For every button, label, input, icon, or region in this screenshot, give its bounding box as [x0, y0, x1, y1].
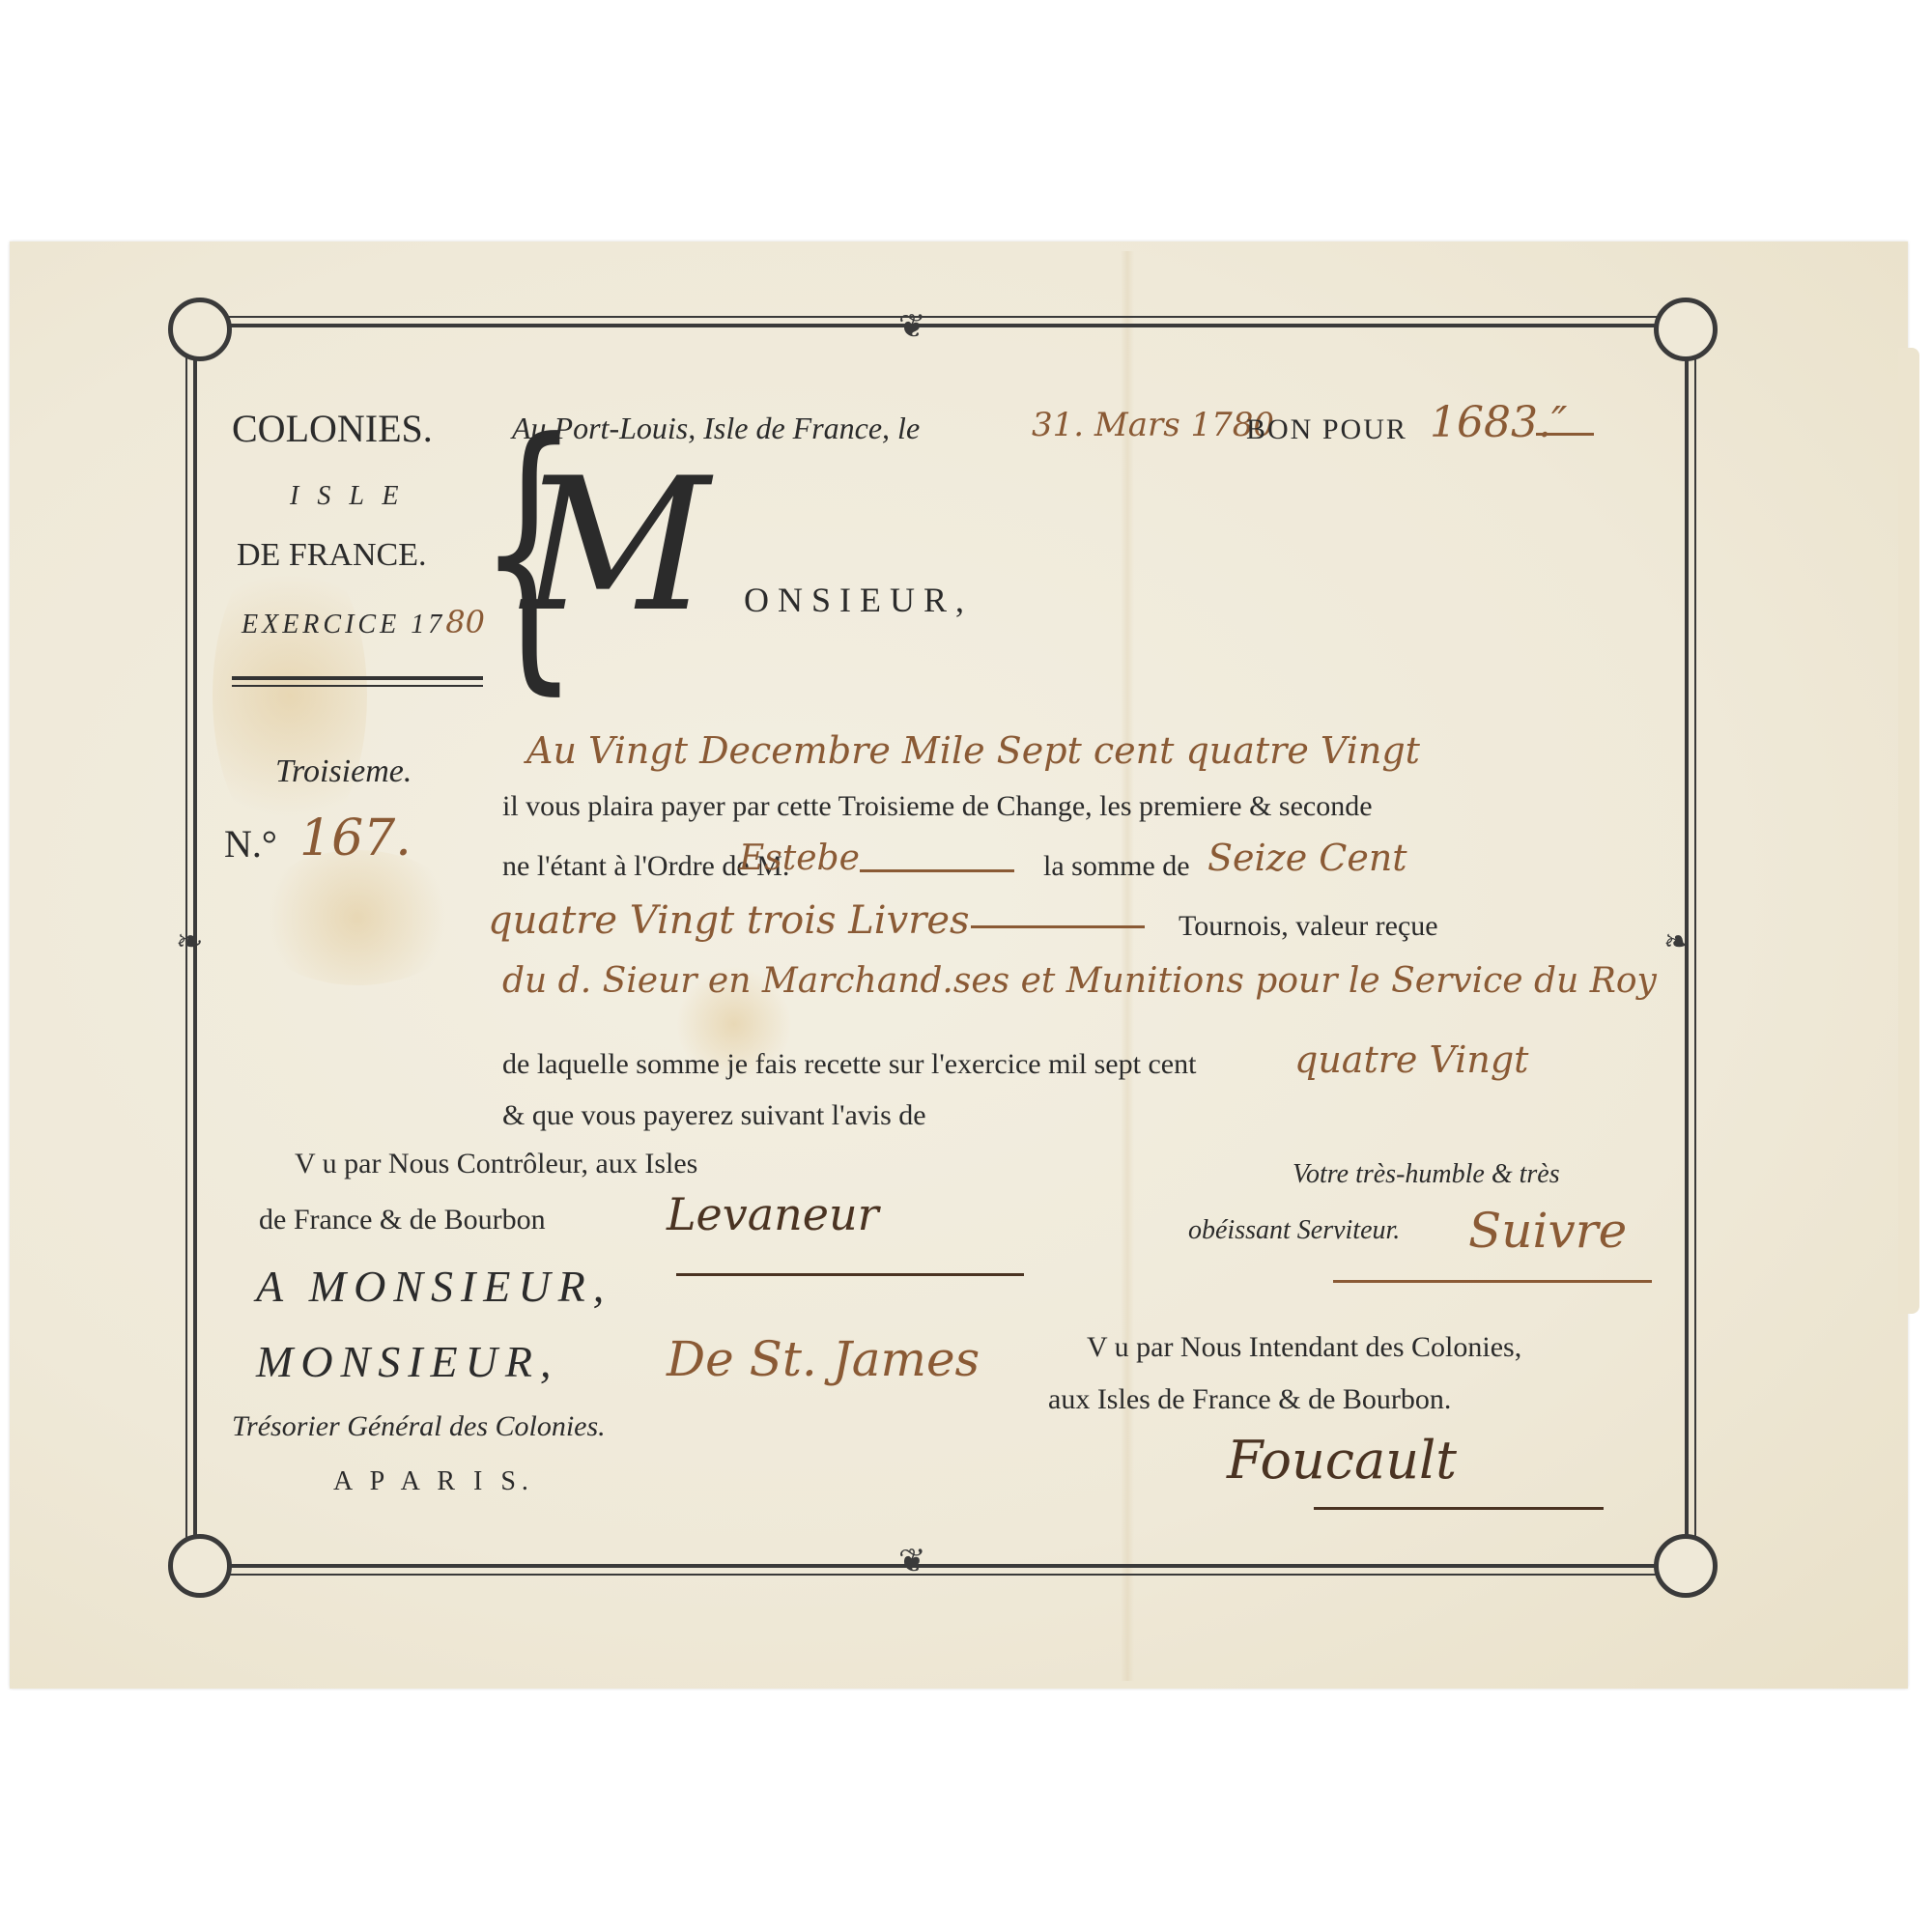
- exercice-label: EXERCICE 1780: [241, 604, 485, 640]
- payee-underline: [860, 869, 1014, 872]
- salutation-monsieur: ONSIEUR,: [744, 580, 973, 620]
- addressee-line-2: MONSIEUR,: [256, 1336, 558, 1387]
- corner-scroll-ornament: [1654, 1534, 1718, 1598]
- controleur-line-1: V u par Nous Contrôleur, aux Isles: [295, 1148, 697, 1180]
- corner-scroll-ornament: [168, 1534, 232, 1598]
- handwritten-due-date: Au Vingt Decembre Mile Sept cent quatre …: [526, 729, 1420, 772]
- corner-scroll-ornament: [168, 298, 232, 361]
- addressee-line-1: A MONSIEUR,: [256, 1261, 611, 1312]
- body-line-somme: la somme de: [1043, 850, 1190, 883]
- addressee-city: A P A R I S.: [333, 1466, 534, 1497]
- body-line-recette: de laquelle somme je fais recette sur l'…: [502, 1048, 1196, 1081]
- intendant-signature-underline: [1314, 1507, 1604, 1510]
- body-line-payer: il vous plaira payer par cette Troisieme…: [502, 790, 1373, 823]
- intendant-line-2: aux Isles de France & de Bourbon.: [1048, 1383, 1451, 1416]
- addressee-title: Trésorier Général des Colonies.: [232, 1410, 606, 1443]
- body-line-avis: & que vous payerez suivant l'avis de: [502, 1099, 926, 1132]
- handwritten-serial-number: 167.: [299, 810, 412, 867]
- paper-torn-edge: [1898, 348, 1919, 1314]
- handwritten-value-received: du d. Sieur en Marchand.ses et Munitions…: [502, 961, 1657, 1001]
- closing-line-1: Votre très-humble & très: [1293, 1159, 1560, 1190]
- handwritten-addressee-name: De St. James: [667, 1331, 980, 1387]
- bottom-center-scroll-ornament: ❦: [898, 1542, 926, 1580]
- intendant-line-1: V u par Nous Intendant des Colonies,: [1087, 1331, 1521, 1364]
- series-label: Troisieme.: [275, 753, 412, 790]
- handwritten-amount-words-1: Seize Cent: [1207, 837, 1407, 879]
- handwritten-date: 31. Mars 1780: [1032, 406, 1274, 444]
- left-side-scroll-ornament: ❧: [176, 923, 204, 961]
- de-france-heading: DE FRANCE.: [237, 537, 426, 574]
- handwritten-payee: Estebe: [739, 838, 860, 878]
- closing-line-2: obéissant Serviteur.: [1188, 1215, 1400, 1246]
- closing-signature: Suivre: [1468, 1203, 1627, 1259]
- exercice-label-text: EXERCICE 17: [241, 610, 445, 639]
- header-box-rule: [232, 676, 483, 687]
- number-label: N.°: [224, 821, 277, 867]
- controleur-signature-flourish: [676, 1273, 1024, 1276]
- controleur-signature: Levaneur: [667, 1188, 879, 1240]
- amount-words-underline: [971, 925, 1145, 928]
- handwritten-amount-words-2: quatre Vingt trois Livres: [488, 898, 970, 943]
- top-center-scroll-ornament: ❦: [898, 307, 926, 346]
- bon-pour-label: BON POUR: [1246, 413, 1407, 446]
- intendant-signature: Foucault: [1227, 1430, 1457, 1491]
- handwritten-amount-figures: 1683.″: [1430, 398, 1567, 447]
- body-line-tournois: Tournois, valeur reçue: [1179, 910, 1438, 943]
- controleur-line-2: de France & de Bourbon: [259, 1204, 546, 1236]
- isle-heading: I S L E: [290, 481, 405, 512]
- decorative-initial-m: M: [522, 454, 710, 638]
- amount-underline: [1536, 433, 1594, 436]
- right-side-scroll-ornament: ❧: [1663, 923, 1691, 961]
- colonies-heading: COLONIES.: [232, 406, 433, 451]
- closing-signature-flourish: [1333, 1280, 1652, 1283]
- handwritten-exercise-year: quatre Vingt: [1294, 1038, 1528, 1081]
- corner-scroll-ornament: [1654, 298, 1718, 361]
